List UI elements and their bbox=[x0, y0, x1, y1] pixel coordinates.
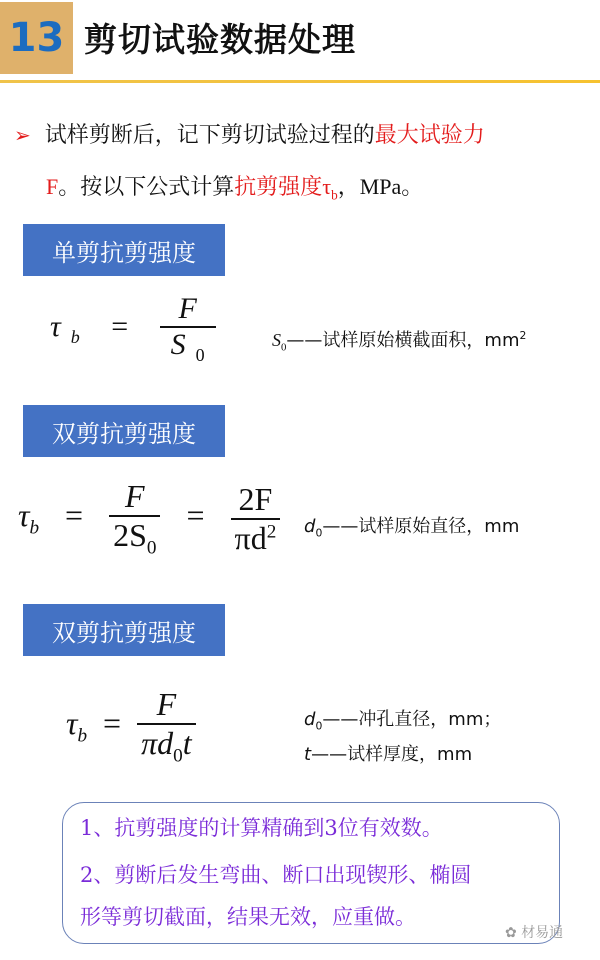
symbol: t bbox=[304, 744, 311, 765]
symbol: d bbox=[304, 709, 315, 730]
denominator-subscript: 0 bbox=[196, 345, 205, 365]
intro-unit: ，MPa。 bbox=[338, 174, 424, 199]
tau-subscript: b bbox=[77, 725, 87, 746]
numerator: 2F bbox=[235, 481, 277, 518]
denominator: 2S bbox=[113, 517, 147, 553]
intro-highlight: 最大试验力 bbox=[375, 123, 485, 148]
denominator: S bbox=[171, 328, 186, 361]
equals-sign: = bbox=[103, 705, 121, 741]
formula-punch-shear: τb = F πd0t bbox=[66, 686, 196, 767]
equals-sign: = bbox=[111, 310, 128, 343]
numerator: F bbox=[121, 478, 149, 515]
denominator: πd bbox=[141, 725, 173, 761]
tau-subscript: b bbox=[29, 517, 39, 538]
denominator-superscript: 2 bbox=[267, 521, 277, 542]
fraction: F S0 bbox=[160, 292, 216, 366]
unit-superscript: 2 bbox=[519, 329, 526, 342]
section-heading-punch-shear: 双剪抗剪强度 bbox=[23, 604, 225, 656]
symbol: S bbox=[272, 330, 281, 350]
note-2: 2、剪断后发生弯曲、断口出现锲形、椭圆 bbox=[80, 859, 471, 889]
symbol-description: S0——试样原始横截面积，mm2 bbox=[272, 326, 526, 354]
intro-highlight: 抗剪强度 bbox=[234, 175, 322, 200]
header-divider bbox=[0, 80, 600, 83]
wechat-icon: ✿ bbox=[505, 925, 517, 941]
force-symbol: F bbox=[46, 174, 58, 199]
formula-double-shear: τb = F 2S0 = 2F πd2 bbox=[18, 478, 280, 559]
fraction-2: 2F πd2 bbox=[231, 481, 281, 557]
denominator-subscript: 0 bbox=[147, 537, 157, 558]
intro-text: 。按以下公式计算 bbox=[58, 175, 234, 200]
intro-line-1: ➢试样剪断后，记下剪切试验过程的最大试验力 bbox=[14, 118, 485, 149]
tau-symbol: τ bbox=[66, 705, 77, 741]
watermark-text: 材易通 bbox=[521, 925, 563, 941]
fraction-1: F 2S0 bbox=[109, 478, 160, 559]
tau-symbol: τ bbox=[18, 497, 29, 533]
numerator: F bbox=[175, 292, 201, 326]
denominator-subscript: 0 bbox=[173, 745, 183, 766]
arrow-bullet-icon: ➢ bbox=[14, 123, 31, 147]
page-title: 剪切试验数据处理 bbox=[84, 14, 356, 61]
denominator: πd bbox=[235, 520, 267, 556]
tau-symbol: τ bbox=[322, 174, 331, 199]
section-number-box: 13 bbox=[0, 2, 73, 74]
denominator-t: t bbox=[183, 725, 192, 761]
description-text: ——试样原始直径，mm bbox=[322, 516, 519, 537]
watermark: ✿ 材易通 bbox=[505, 922, 563, 942]
section-number: 13 bbox=[9, 15, 65, 61]
numerator: F bbox=[153, 686, 181, 723]
section-heading-single-shear: 单剪抗剪强度 bbox=[23, 224, 225, 276]
description-text: ——冲孔直径，mm； bbox=[322, 709, 501, 730]
equals-sign: = bbox=[65, 497, 83, 533]
symbol-description: d0——冲孔直径，mm； bbox=[304, 705, 501, 733]
intro-line-2: F。按以下公式计算抗剪强度τb，MPa。 bbox=[46, 170, 423, 203]
formula-single-shear: τb = F S0 bbox=[50, 292, 216, 366]
fraction: F πd0t bbox=[137, 686, 196, 767]
note-3: 形等剪切截面，结果无效，应重做。 bbox=[80, 901, 416, 931]
section-heading-double-shear: 双剪抗剪强度 bbox=[23, 405, 225, 457]
symbol: d bbox=[304, 516, 315, 537]
tau-subscript: b bbox=[71, 327, 80, 347]
equals-sign: = bbox=[186, 497, 204, 533]
symbol-description: t——试样厚度，mm bbox=[304, 740, 472, 766]
intro-text: 试样剪断后，记下剪切试验过程的 bbox=[45, 123, 375, 148]
note-1: 1、抗剪强度的计算精确到3位有效数。 bbox=[80, 812, 443, 842]
tau-symbol: τ bbox=[50, 310, 61, 343]
description-text: ——试样原始横截面积，mm bbox=[286, 330, 519, 351]
tau-subscript: b bbox=[331, 187, 338, 202]
symbol-description: d0——试样原始直径，mm bbox=[304, 512, 519, 540]
description-text: ——试样厚度，mm bbox=[311, 744, 472, 765]
